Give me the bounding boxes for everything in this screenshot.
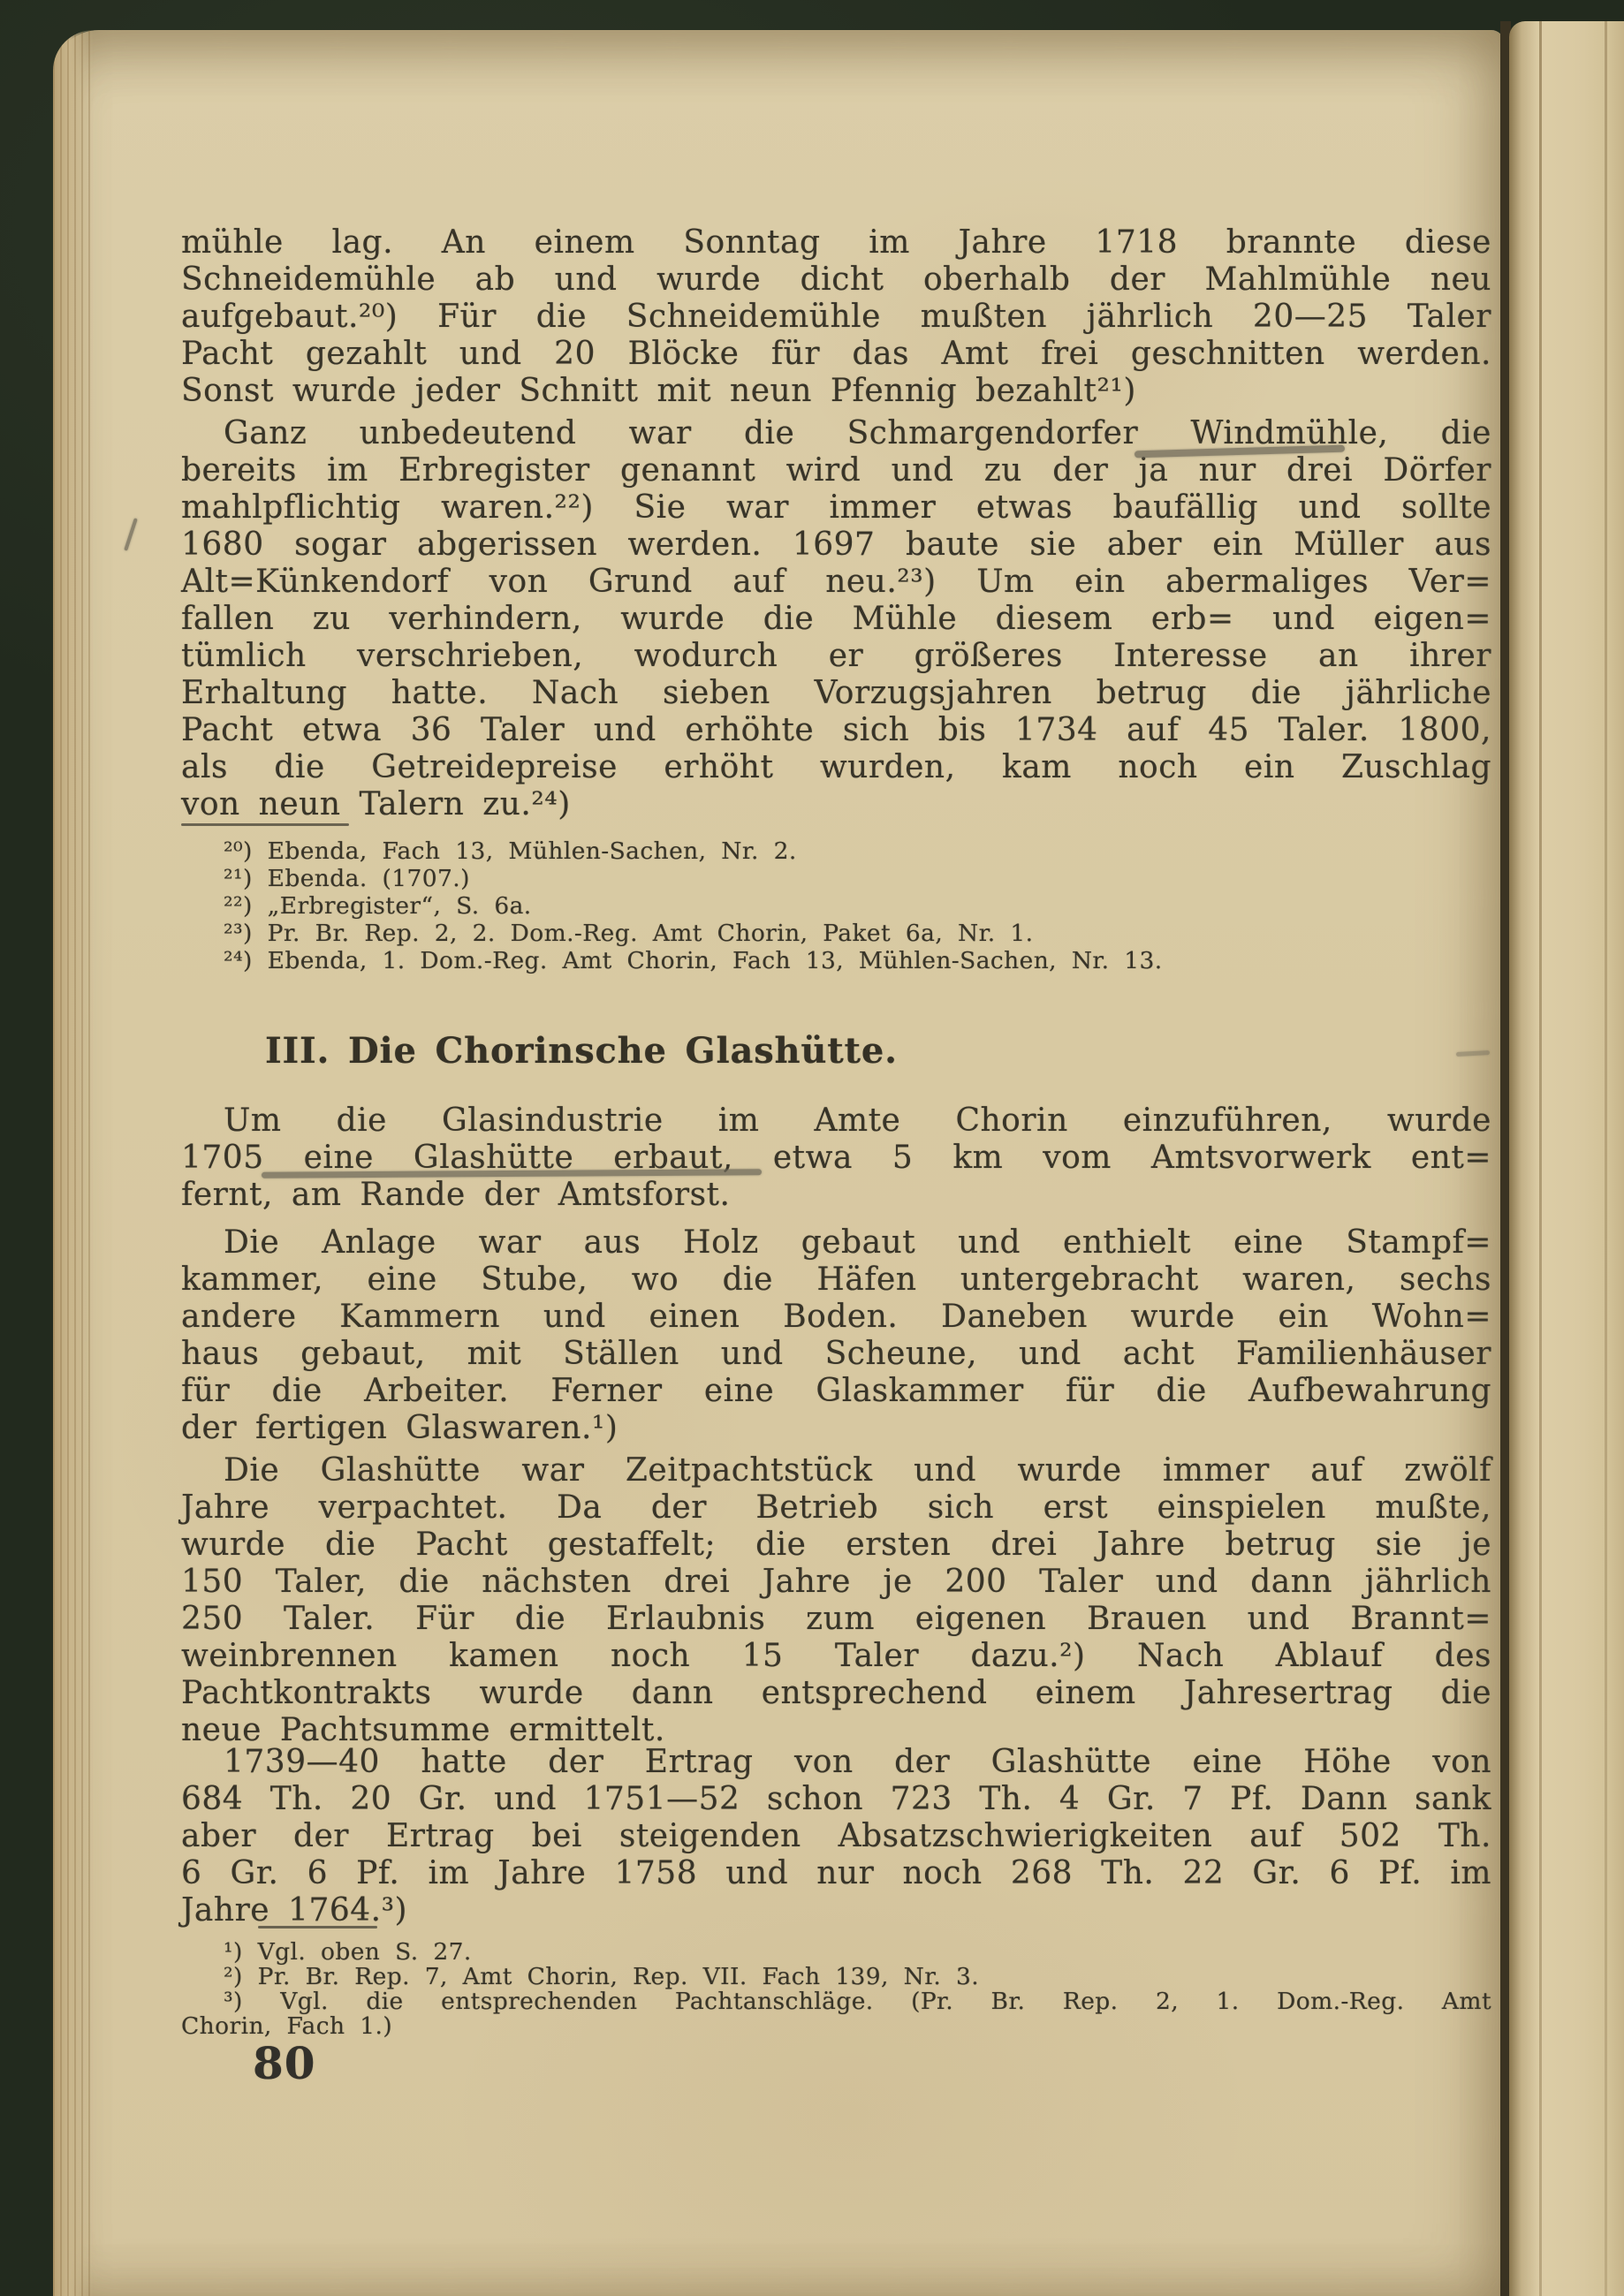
text-line: Pacht etwa 36 Taler und erhöhte sich bis…: [181, 712, 1491, 749]
text-line: Schneidemühle ab und wurde dicht oberhal…: [181, 261, 1491, 299]
paragraph-glassworks-founding: Um die Glasindustrie im Amte Chorin einz…: [181, 1103, 1491, 1214]
section-heading: III. Die Chorinsche Glashütte.: [265, 1030, 1325, 1072]
footnotes-upper: ²⁰) Ebenda, Fach 13, Mühlen-Sachen, Nr. …: [181, 837, 1491, 974]
text-line: 684 Th. 20 Gr. und 1751—52 schon 723 Th.…: [181, 1781, 1491, 1818]
text-line: Alt=Künkendorf von Grund auf neu.²³) Um …: [181, 564, 1491, 601]
paragraph-glassworks-buildings: Die Anlage war aus Holz gebaut und enthi…: [181, 1224, 1491, 1447]
footnote-line: ²) Pr. Br. Rep. 7, Amt Chorin, Rep. VII.…: [181, 1965, 1491, 1989]
text-line: andere Kammern und einen Boden. Daneben …: [181, 1299, 1491, 1336]
text-line: kammer, eine Stube, wo die Häfen unterge…: [181, 1262, 1491, 1299]
text-line: Die Anlage war aus Holz gebaut und enthi…: [181, 1224, 1491, 1262]
text-line: Jahre 1764.³): [181, 1892, 1491, 1929]
footnote-line: Chorin, Fach 1.): [181, 2014, 1491, 2039]
adjacent-page-fore-edge: [1509, 21, 1624, 2296]
footnote-line: ¹) Vgl. oben S. 27.: [181, 1940, 1491, 1965]
text-line: fallen zu verhindern, wurde die Mühle di…: [181, 601, 1491, 638]
footnotes-lower: ¹) Vgl. oben S. 27.²) Pr. Br. Rep. 7, Am…: [181, 1940, 1491, 2039]
footnote-line: ²¹) Ebenda. (1707.): [181, 865, 1491, 892]
text-line: weinbrennen kamen noch 15 Taler dazu.²) …: [181, 1638, 1491, 1675]
footnote-line: ²⁰) Ebenda, Fach 13, Mühlen-Sachen, Nr. …: [181, 837, 1491, 865]
text-line: Um die Glasindustrie im Amte Chorin einz…: [181, 1103, 1491, 1140]
text-line: mühle lag. An einem Sonntag im Jahre 171…: [181, 224, 1491, 261]
text-line: 1680 sogar abgerissen werden. 1697 baute…: [181, 527, 1491, 564]
page-edge-crease: [1539, 21, 1542, 2296]
text-line: für die Arbeiter. Ferner eine Glaskammer…: [181, 1373, 1491, 1410]
text-line: aufgebaut.²⁰) Für die Schneidemühle mußt…: [181, 299, 1491, 336]
text-line: 250 Taler. Für die Erlaubnis zum eigenen…: [181, 1601, 1491, 1638]
footnote-line: ²⁴) Ebenda, 1. Dom.-Reg. Amt Chorin, Fac…: [181, 947, 1491, 974]
footnote-line: ³) Vgl. die entsprechenden Pachtanschläg…: [181, 1989, 1491, 2014]
page-number: 80: [253, 2037, 316, 2089]
footnote-separator: [181, 823, 349, 826]
page-edge-crease: [1605, 21, 1607, 2296]
text-line: wurde die Pacht gestaffelt; die ersten d…: [181, 1527, 1491, 1564]
footnote-line: ²³) Pr. Br. Rep. 2, 2. Dom.-Reg. Amt Cho…: [181, 920, 1491, 947]
footnote-separator: [258, 1926, 377, 1928]
text-line: 1739—40 hatte der Ertrag von der Glashüt…: [181, 1744, 1491, 1781]
text-line: bereits im Erbregister genannt wird und …: [181, 452, 1491, 489]
text-line: Pachtkontrakts wurde dann entsprechend e…: [181, 1675, 1491, 1712]
text-line: aber der Ertrag bei steigenden Absatzsch…: [181, 1818, 1491, 1855]
text-line: Sonst wurde jeder Schnitt mit neun Pfenn…: [181, 373, 1491, 410]
text-line: Erhaltung hatte. Nach sieben Vorzugsjahr…: [181, 675, 1491, 712]
text-line: 150 Taler, die nächsten drei Jahre je 20…: [181, 1564, 1491, 1601]
page-stack-edge: [53, 30, 94, 2296]
text-line: fernt, am Rande der Amtsforst.: [181, 1177, 1491, 1214]
text-line: mahlpflichtig waren.²²) Sie war immer et…: [181, 489, 1491, 527]
text-line: tümlich verschrieben, wodurch er größere…: [181, 638, 1491, 675]
text-line: von neun Talern zu.²⁴): [181, 786, 1491, 823]
text-line: Die Glashütte war Zeitpachtstück und wur…: [181, 1452, 1491, 1489]
footnote-line: ²²) „Erbregister“, S. 6a.: [181, 892, 1491, 920]
paragraph-lease-terms: Die Glashütte war Zeitpachtstück und wur…: [181, 1452, 1491, 1749]
paragraph-yields: 1739—40 hatte der Ertrag von der Glashüt…: [181, 1744, 1491, 1929]
text-line: haus gebaut, mit Ställen und Scheune, un…: [181, 1336, 1491, 1373]
text-line: als die Getreidepreise erhöht wurden, ka…: [181, 749, 1491, 786]
text-line: 6 Gr. 6 Pf. im Jahre 1758 und nur noch 2…: [181, 1855, 1491, 1892]
text-line: der fertigen Glaswaren.¹): [181, 1410, 1491, 1447]
paragraph-sawmill: mühle lag. An einem Sonntag im Jahre 171…: [181, 224, 1491, 410]
text-line: Jahre verpachtet. Da der Betrieb sich er…: [181, 1489, 1491, 1527]
scanned-book-photo: mühle lag. An einem Sonntag im Jahre 171…: [0, 0, 1624, 2296]
text-line: Pacht gezahlt und 20 Blöcke für das Amt …: [181, 336, 1491, 373]
paragraph-windmill: Ganz unbedeutend war die Schmargendorfer…: [181, 415, 1491, 823]
